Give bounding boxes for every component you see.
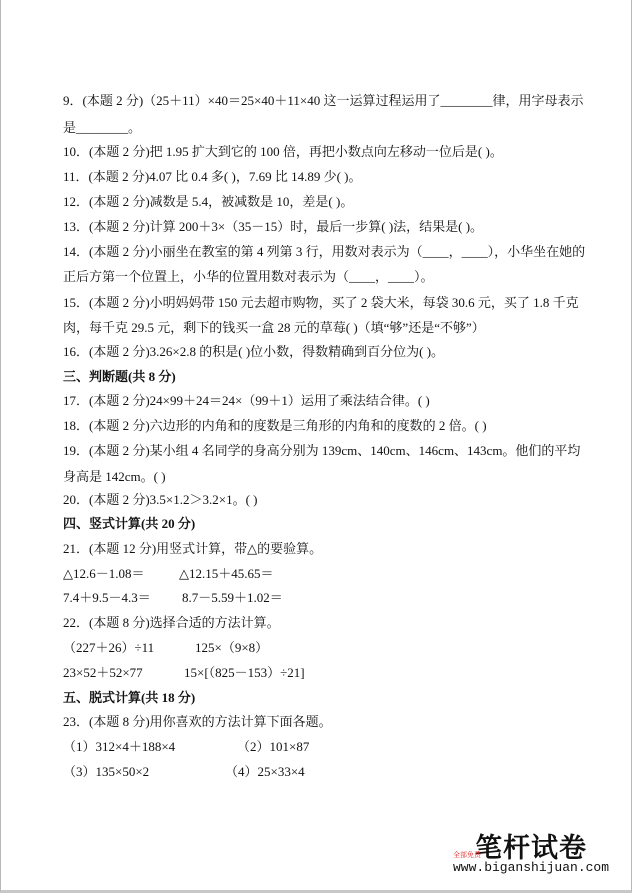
question-23-item-4: （4）25×33×4 xyxy=(225,764,305,780)
question-18: 18．(本题 2 分)六边形的内角和的度数是三角形的内角和的度数的 2 倍。( … xyxy=(63,418,487,434)
question-13: 13．(本题 2 分)计算 200＋3×（35－15）时，最后一步算( )法，结… xyxy=(63,219,483,235)
watermark-url: www.biganshijuan.com xyxy=(453,860,609,875)
watermark-logo: 笔杆试卷 全部免费 www.biganshijuan.com xyxy=(453,826,613,878)
question-15-line-1: 15．(本题 2 分)小明妈妈带 150 元去超市购物，买了 2 袋大米，每袋 … xyxy=(63,295,579,311)
question-22-item-3: 23×52＋52×77 xyxy=(63,665,143,681)
question-21-item-3: 7.4＋9.5－4.3＝ xyxy=(63,590,151,606)
question-21-item-2: △12.15＋45.65＝ xyxy=(179,566,274,582)
question-16: 16．(本题 2 分)3.26×2.8 的积是( )位小数，得数精确到百分位为(… xyxy=(63,344,444,360)
question-14-line-1: 14．(本题 2 分)小丽坐在教室的第 4 列第 3 行，用数对表示为（____… xyxy=(63,244,585,260)
watermark-free-tag: 全部免费 xyxy=(453,850,481,860)
question-23-item-2: （2）101×87 xyxy=(237,739,309,755)
question-22-item-1: （227＋26）÷11 xyxy=(63,640,154,656)
question-21-prompt: 21．(本题 12 分)用竖式计算，带△的要验算。 xyxy=(63,541,322,557)
question-23-item-3: （3）135×50×2 xyxy=(63,764,149,780)
question-14-line-2: 正后方第一个位置上，小华的位置用数对表示为（____，____）。 xyxy=(63,269,434,285)
question-11: 11．(本题 2 分)4.07 比 0.4 多( )，7.69 比 14.89 … xyxy=(63,169,362,185)
question-21-item-4: 8.7－5.59＋1.02＝ xyxy=(182,590,283,606)
question-9-line-1: 9．(本题 2 分)（25＋11）×40＝25×40＋11×40 这一运算过程运… xyxy=(63,93,583,109)
section-heading-judgement: 三、判断题(共 8 分) xyxy=(63,369,176,385)
question-19-line-2: 身高是 142cm。( ) xyxy=(63,469,166,485)
question-22-item-4: 15×[（825－153）÷21] xyxy=(184,665,305,681)
section-heading-vertical-calc: 四、竖式计算(共 20 分) xyxy=(63,516,195,532)
question-23-item-1: （1）312×4＋188×4 xyxy=(63,739,175,755)
question-22-prompt: 22．(本题 8 分)选择合适的方法计算。 xyxy=(63,615,280,631)
exam-page: 9．(本题 2 分)（25＋11）×40＝25×40＋11×40 这一运算过程运… xyxy=(0,0,632,893)
question-20: 20．(本题 2 分)3.5×1.2＞3.2×1。( ) xyxy=(63,492,257,508)
question-15-line-2: 肉，每千克 29.5 元，剩下的钱买一盒 28 元的草莓( )（填“够”还是“不… xyxy=(63,320,485,336)
section-heading-step-calc: 五、脱式计算(共 18 分) xyxy=(63,690,195,706)
question-10: 10．(本题 2 分)把 1.95 扩大到它的 100 倍，再把小数点向左移动一… xyxy=(63,144,503,160)
question-12: 12．(本题 2 分)减数是 5.4，被减数是 10，差是( )。 xyxy=(63,194,353,210)
question-23-prompt: 23．(本题 8 分)用你喜欢的方法计算下面各题。 xyxy=(63,714,332,730)
question-17: 17．(本题 2 分)24×99＋24＝24×（99＋1）运用了乘法结合律。( … xyxy=(63,393,430,409)
question-9-line-2: 是________。 xyxy=(63,120,141,136)
question-21-item-1: △12.6－1.08＝ xyxy=(63,566,145,582)
question-19-line-1: 19．(本题 2 分)某小组 4 名同学的身高分别为 139cm、140cm、1… xyxy=(63,443,580,459)
question-22-item-2: 125×（9×8） xyxy=(195,640,268,656)
